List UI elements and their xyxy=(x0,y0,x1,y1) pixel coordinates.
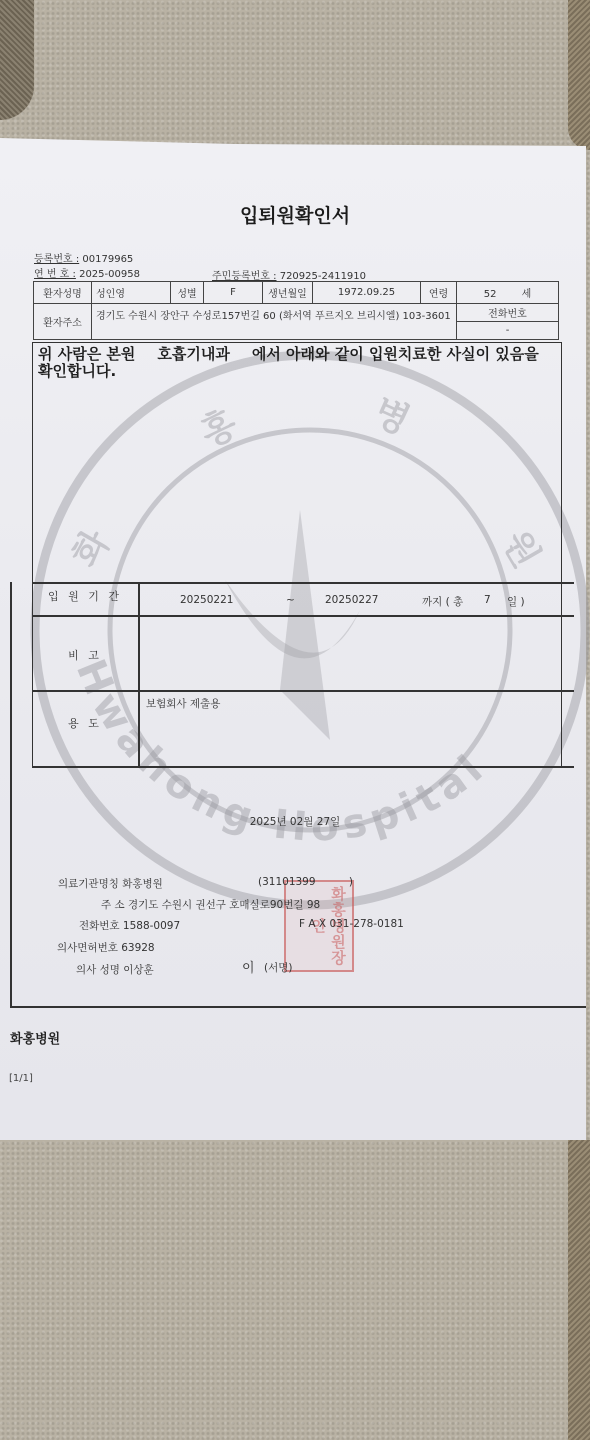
patient-name-label: 환자성명 xyxy=(34,282,92,304)
institution-phone-line: 전화번호 1588-0097 xyxy=(79,918,180,933)
usage-value: 보험회사 제출용 xyxy=(146,696,220,711)
patient-row-1: 환자성명 성인영 성별 F 생년월일 1972.09.25 연령 52 세 xyxy=(34,282,559,304)
document-title: 입퇴원확인서 xyxy=(0,201,590,228)
until-total-label: 까지 ( 총 xyxy=(422,594,463,609)
age-label: 연령 xyxy=(421,282,457,304)
address-value: 경기도 수원시 장안구 수성로157번길 60 (화서역 푸르지오 브리시엘) … xyxy=(92,304,457,340)
patient-info-table: 환자성명 성인영 성별 F 생년월일 1972.09.25 연령 52 세 환자… xyxy=(33,281,559,340)
department: 호흡기내과 xyxy=(157,346,229,363)
sex-label: 성별 xyxy=(171,282,204,304)
serial-number-value: 2025-00958 xyxy=(79,269,140,280)
patient-name: 성인영 xyxy=(92,282,171,304)
handwritten-signature: 이 xyxy=(242,957,255,976)
institution-address: 경기도 수원시 권선구 호매실로90번길 98 xyxy=(128,899,320,911)
serial-number: 연 번 호 : 2025-00958 xyxy=(34,265,140,280)
institution-code: (31101399 ) xyxy=(258,876,353,888)
institution-fax-line: F A X 031-278-0181 xyxy=(299,918,404,930)
confirmation-box xyxy=(32,342,562,768)
statement-prefix: 위 사람은 본원 xyxy=(38,345,135,363)
footer-hospital-name: 화홍병원 xyxy=(10,1028,60,1047)
outer-border-left xyxy=(10,582,12,1007)
issue-date: 2025년 02월 27일 xyxy=(0,814,590,829)
fabric-edge-left xyxy=(0,0,34,120)
statement-suffix: 에서 아래와 같이 입원치료한 사실이 있음을 xyxy=(252,345,539,363)
column-divider xyxy=(138,582,140,767)
license-value: 63928 xyxy=(121,942,154,954)
age-cell: 52 세 xyxy=(457,282,559,304)
institution-name: 화홍병원 xyxy=(122,878,163,890)
divider xyxy=(32,766,574,768)
admission-period-label: 입 원 기 간 xyxy=(32,588,138,604)
institution-name-label: 의료기관명칭 xyxy=(58,878,119,890)
total-days: 7 xyxy=(484,594,491,606)
institution-phone-label: 전화번호 xyxy=(79,920,120,932)
doctor-label: 의사 성명 xyxy=(76,964,120,976)
period-tilde: ~ xyxy=(286,594,295,606)
registration-number-value: 00179965 xyxy=(82,254,133,265)
admission-start: 20250221 xyxy=(180,594,233,606)
institution-address-label: 주 소 xyxy=(101,899,125,911)
patient-row-2: 환자주소 경기도 수원시 장안구 수성로157번길 60 (화서역 푸르지오 브… xyxy=(34,304,559,322)
registration-number: 등록번호 : 00179965 xyxy=(34,250,133,265)
fax-value: 031-278-0181 xyxy=(329,918,403,930)
fabric-edge-right-bottom xyxy=(568,1140,590,1440)
institution-phone: 1588-0097 xyxy=(123,920,180,932)
signature-label: (서명) xyxy=(264,960,292,975)
admission-end: 20250227 xyxy=(325,594,378,606)
phone-label: 전화번호 xyxy=(457,304,559,322)
address-label: 환자주소 xyxy=(34,304,92,340)
license-line: 의사면허번호 63928 xyxy=(57,940,155,955)
divider xyxy=(32,690,574,692)
age-unit: 세 xyxy=(522,289,532,300)
phone-value: - xyxy=(457,322,559,340)
sex-value: F xyxy=(204,282,263,304)
doctor-line: 의사 성명 이상훈 xyxy=(76,962,154,977)
registration-number-label: 등록번호 : xyxy=(34,254,79,265)
birth-label: 생년월일 xyxy=(263,282,313,304)
birth-value: 1972.09.25 xyxy=(313,282,421,304)
divider xyxy=(32,615,574,617)
serial-number-label: 연 번 호 : xyxy=(34,269,76,280)
days-unit: 일 ) xyxy=(507,594,525,609)
fax-label: F A X xyxy=(299,918,326,930)
confirmation-statement: 위 사람은 본원호흡기내과에서 아래와 같이 입원치료한 사실이 있음을 확인합… xyxy=(38,346,558,380)
doctor-name: 이상훈 xyxy=(123,964,153,976)
divider xyxy=(32,582,574,584)
usage-label: 용 도 xyxy=(32,715,138,731)
statement-line2: 확인합니다. xyxy=(38,362,116,380)
remarks-label: 비 고 xyxy=(32,647,138,663)
institution-name-line: 의료기관명칭 화홍병원 xyxy=(58,876,163,891)
outer-border-bottom xyxy=(10,1006,586,1008)
page-indicator: [1/1] xyxy=(9,1073,33,1084)
age-value: 52 xyxy=(484,289,497,300)
resident-number: 주민등록번호 : 720925-2411910 xyxy=(212,267,366,282)
fabric-edge-right-top xyxy=(568,0,590,150)
license-label: 의사면허번호 xyxy=(57,942,118,954)
institution-address-line: 주 소 경기도 수원시 권선구 호매실로90번길 98 xyxy=(101,897,320,912)
